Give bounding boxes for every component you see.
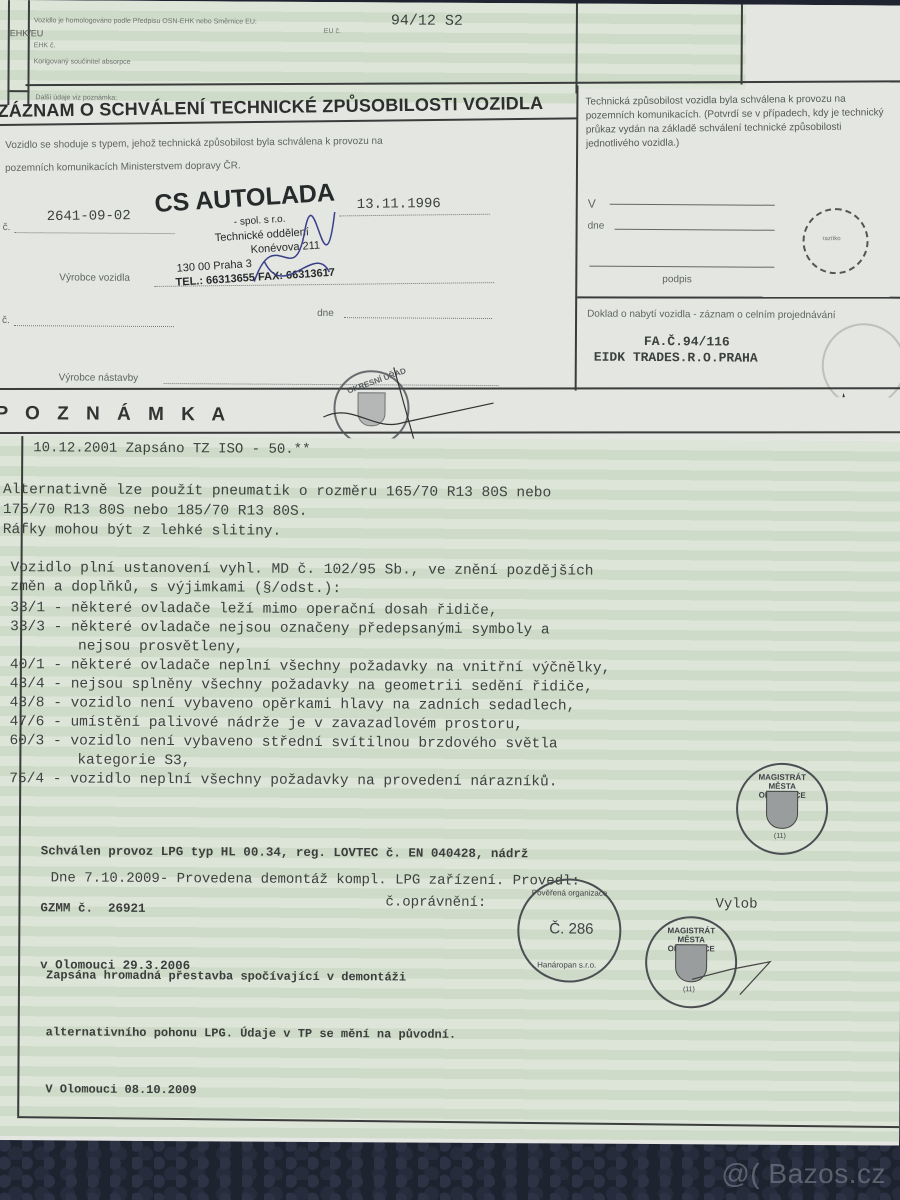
eu-label: EU č. (324, 28, 341, 35)
exception-item: 43/8 - vozidlo není vybaveno opěrkami hl… (10, 695, 576, 714)
exception-item: 40/1 - některé ovladače neplní všechny p… (10, 657, 610, 677)
bazos-watermark: @( Bazos.cz (721, 1158, 886, 1190)
note-heading: P O Z N Á M K A (0, 403, 231, 426)
exception-item: 33/3 - některé ovladače nejsou označeny … (10, 619, 550, 638)
right-dne-label: dne (588, 221, 605, 232)
invoice-number: FA.Č.94/116 (644, 334, 730, 350)
side-code: EHK/EU (10, 28, 26, 39)
right-signature-label: podpis (662, 274, 692, 285)
number2-label: č. (2, 315, 10, 326)
right-confirm-text: Technická způsobilost vozidla byla schvá… (585, 92, 896, 152)
dismantle-line: Dne 7.10.2009- Provedena demontáž kompl.… (51, 870, 580, 889)
exception-item-continuation: kategorie S3, (77, 753, 190, 770)
exception-item: 60/3 - vozidlo není vybaveno střední sví… (9, 733, 557, 752)
exception-item: 33/1 - některé ovladače leží mimo operač… (10, 600, 497, 619)
approval-number-label: č. (3, 222, 11, 233)
exception-item-continuation: nejsou prosvětleny, (78, 639, 243, 656)
signature-scribble-icon (234, 201, 355, 312)
authorization-label: č.oprávnění: (385, 894, 486, 911)
date2-label: dne (317, 308, 334, 319)
seal-placeholder: razítko (802, 208, 868, 274)
acquisition-label: Doklad o nabytí vozidla - záznam o celní… (587, 309, 836, 322)
approval-number: 2641-09-02 (47, 208, 131, 225)
note-entry-2001: 10.12.2001 Zapsáno TZ ISO - 50.** (33, 440, 310, 458)
regulation-section: Vozidlo plní ustanovení vyhl. MD č. 102/… (9, 560, 890, 795)
olomouc-magistrate-stamp: MAGISTRÁT MĚSTA OLOMOUCE (11) (736, 763, 829, 856)
exception-item: 43/4 - nejsou splněny všechny požadavky … (10, 676, 593, 696)
vehicle-registration-document: EHK/EU Vozidlo je homologováno podle Pře… (0, 0, 900, 1146)
ehk-label: EHK č. (34, 42, 56, 49)
homologation-label: Vozidlo je homologováno podle Předpisu O… (34, 17, 257, 25)
exception-item: 75/4 - vozidlo neplní všechny požadavky … (9, 771, 557, 790)
dismantle-signer: Vylob (715, 896, 757, 912)
rebuild-record: Zapsána hromadná přestavba spočívající v… (45, 928, 457, 1140)
manufacturer-label: Výrobce vozidla (59, 272, 130, 283)
exception-item: 47/6 - umístění palivové nádrže je v zav… (10, 714, 523, 733)
eu-number: 94/12 S2 (391, 12, 463, 29)
approval-signature-icon (690, 949, 780, 1000)
body-manufacturer-label: Výrobce nástavby (59, 372, 139, 383)
tires-section: Alternativně lze použít pneumatik o rozm… (3, 482, 883, 557)
seller-name: EIDK TRADES.R.O.PRAHA (594, 350, 758, 366)
authorized-organization-stamp: Pověřená organizace Č. 286 Hanáropan s.r… (517, 878, 622, 983)
absorption-label: Korigovaný součinitel absorpce (34, 58, 131, 66)
coat-of-arms-icon (766, 791, 798, 829)
right-v-label: V (588, 197, 596, 211)
